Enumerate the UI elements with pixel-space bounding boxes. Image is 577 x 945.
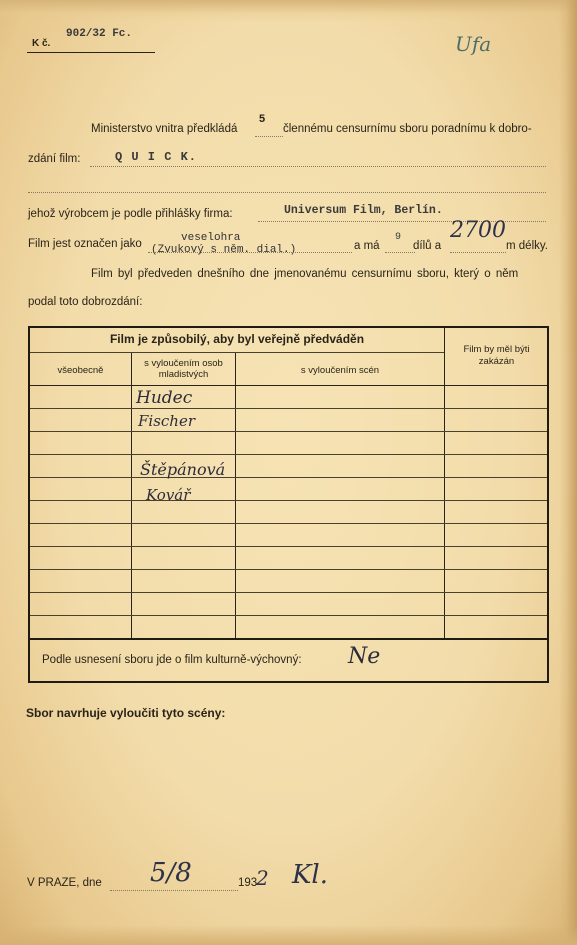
blank-line [28, 192, 546, 193]
reference-underline [27, 52, 155, 53]
corner-annotation: Ufa [455, 32, 491, 56]
parts-line [385, 252, 415, 253]
members-count: 5 [259, 113, 265, 125]
signature-3: Štěpánová [140, 460, 225, 479]
genre-note: (Zvukový s něm. dial.) [151, 244, 296, 256]
length-value: 2700 [450, 218, 506, 243]
table-row [30, 523, 547, 524]
parts-prefix: a má [354, 240, 380, 252]
screening-line1: Film byl předveden dnešního dne jmenovan… [91, 268, 518, 280]
length-suffix: m délky. [506, 240, 548, 252]
date-line [110, 890, 238, 891]
length-line [450, 252, 506, 253]
members-count-line [255, 136, 283, 137]
table-row [30, 569, 547, 570]
producer-label: jehož výrobcem je podle přihlášky firma: [28, 208, 233, 220]
col-header-scenes: s vyloučením scén [236, 365, 444, 376]
table-row [30, 500, 547, 501]
col-divider-1 [131, 352, 132, 638]
reference-label: K č. [32, 38, 50, 49]
reference-number: 902/32 Fc. [66, 28, 132, 40]
table-row [30, 592, 547, 593]
paper-edge-top [0, 0, 577, 22]
year-suffix: 2 [256, 866, 269, 890]
film-title-line [90, 166, 546, 167]
exclusions-label: Sbor navrhuje vyloučiti tyto scény: [26, 706, 225, 720]
date-handwritten: 5/8 [150, 858, 192, 888]
col-header-youth: s vyloučením osob mladistvých [132, 358, 235, 380]
signature-4: Kovář [146, 486, 190, 504]
table-row [30, 615, 547, 616]
paper-edge-bottom [0, 925, 577, 945]
table-row [30, 546, 547, 547]
intro-suffix: člennému censurnímu sboru poradnímu k do… [283, 123, 532, 135]
parts-suffix: dílů a [413, 240, 441, 252]
final-signature: Kl. [292, 860, 328, 890]
producer-value: Universum Film, Berlín. [284, 204, 443, 217]
place-label: V PRAZE, dne [27, 877, 102, 889]
intro-line2: zdání film: [28, 153, 80, 165]
table-row [30, 454, 547, 455]
footer-divider [30, 638, 547, 640]
intro-prefix: Ministerstvo vnitra předkládá [91, 123, 237, 135]
film-title: Q U I C K. [115, 150, 197, 164]
paper-edge-right [559, 0, 577, 945]
designation-line [148, 252, 352, 253]
table-row [30, 477, 547, 478]
table-header-banned: Film by měl býti zakázán [446, 344, 547, 368]
designation-label: Film jest označen jako [28, 238, 142, 250]
header-divider [30, 352, 444, 353]
signature-1: Hudec [136, 388, 192, 408]
subheader-divider [30, 385, 547, 386]
screening-line2: podal toto dobrozdání: [28, 296, 142, 308]
cultural-educational-label: Podle usnesení sboru jde o film kulturně… [42, 654, 302, 666]
col-header-general: všeobecně [30, 365, 131, 376]
parts-count: 9 [395, 232, 401, 243]
table-row [30, 431, 547, 432]
genre: veselohra [181, 232, 240, 244]
col-divider-2 [235, 352, 236, 638]
year-prefix: 193 [238, 877, 257, 889]
assessment-table: Film je způsobilý, aby byl veřejně předv… [28, 326, 549, 683]
signature-2: Fischer [138, 412, 195, 430]
table-row [30, 408, 547, 409]
table-header-main: Film je způsobilý, aby byl veřejně předv… [30, 332, 444, 346]
cultural-educational-value: Ne [348, 644, 380, 669]
